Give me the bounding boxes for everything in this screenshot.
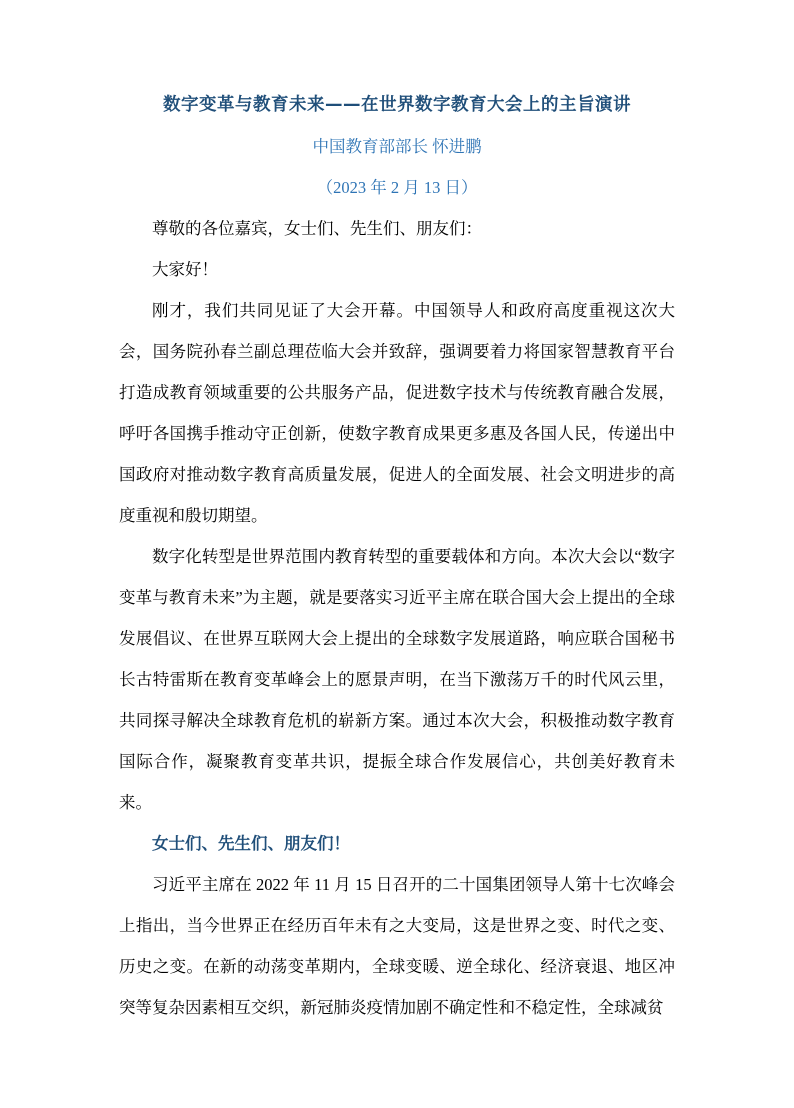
section-heading-address: 女士们、先生们、朋友们！ xyxy=(119,823,675,864)
document-page: 数字变革与教育未来——在世界数字教育大会上的主旨演讲 中国教育部部长 怀进鹏 （… xyxy=(0,0,794,1108)
document-title: 数字变革与教育未来——在世界数字教育大会上的主旨演讲 xyxy=(119,84,675,126)
paragraph-digital-transformation: 数字化转型是世界范围内教育转型的重要载体和方向。本次大会以“数字变革与教育未来”… xyxy=(119,536,675,823)
document-author: 中国教育部部长 怀进鹏 xyxy=(119,126,675,167)
document-date: （2023 年 2 月 13 日） xyxy=(119,167,675,208)
paragraph-opening-ceremony: 刚才，我们共同见证了大会开幕。中国领导人和政府高度重视这次大会，国务院孙春兰副总… xyxy=(119,290,675,536)
paragraph-xi-summit: 习近平主席在 2022 年 11 月 15 日召开的二十国集团领导人第十七次峰会… xyxy=(119,864,675,1028)
paragraph-greeting: 大家好！ xyxy=(119,249,675,290)
paragraph-salutation: 尊敬的各位嘉宾，女士们、先生们、朋友们： xyxy=(119,208,675,249)
